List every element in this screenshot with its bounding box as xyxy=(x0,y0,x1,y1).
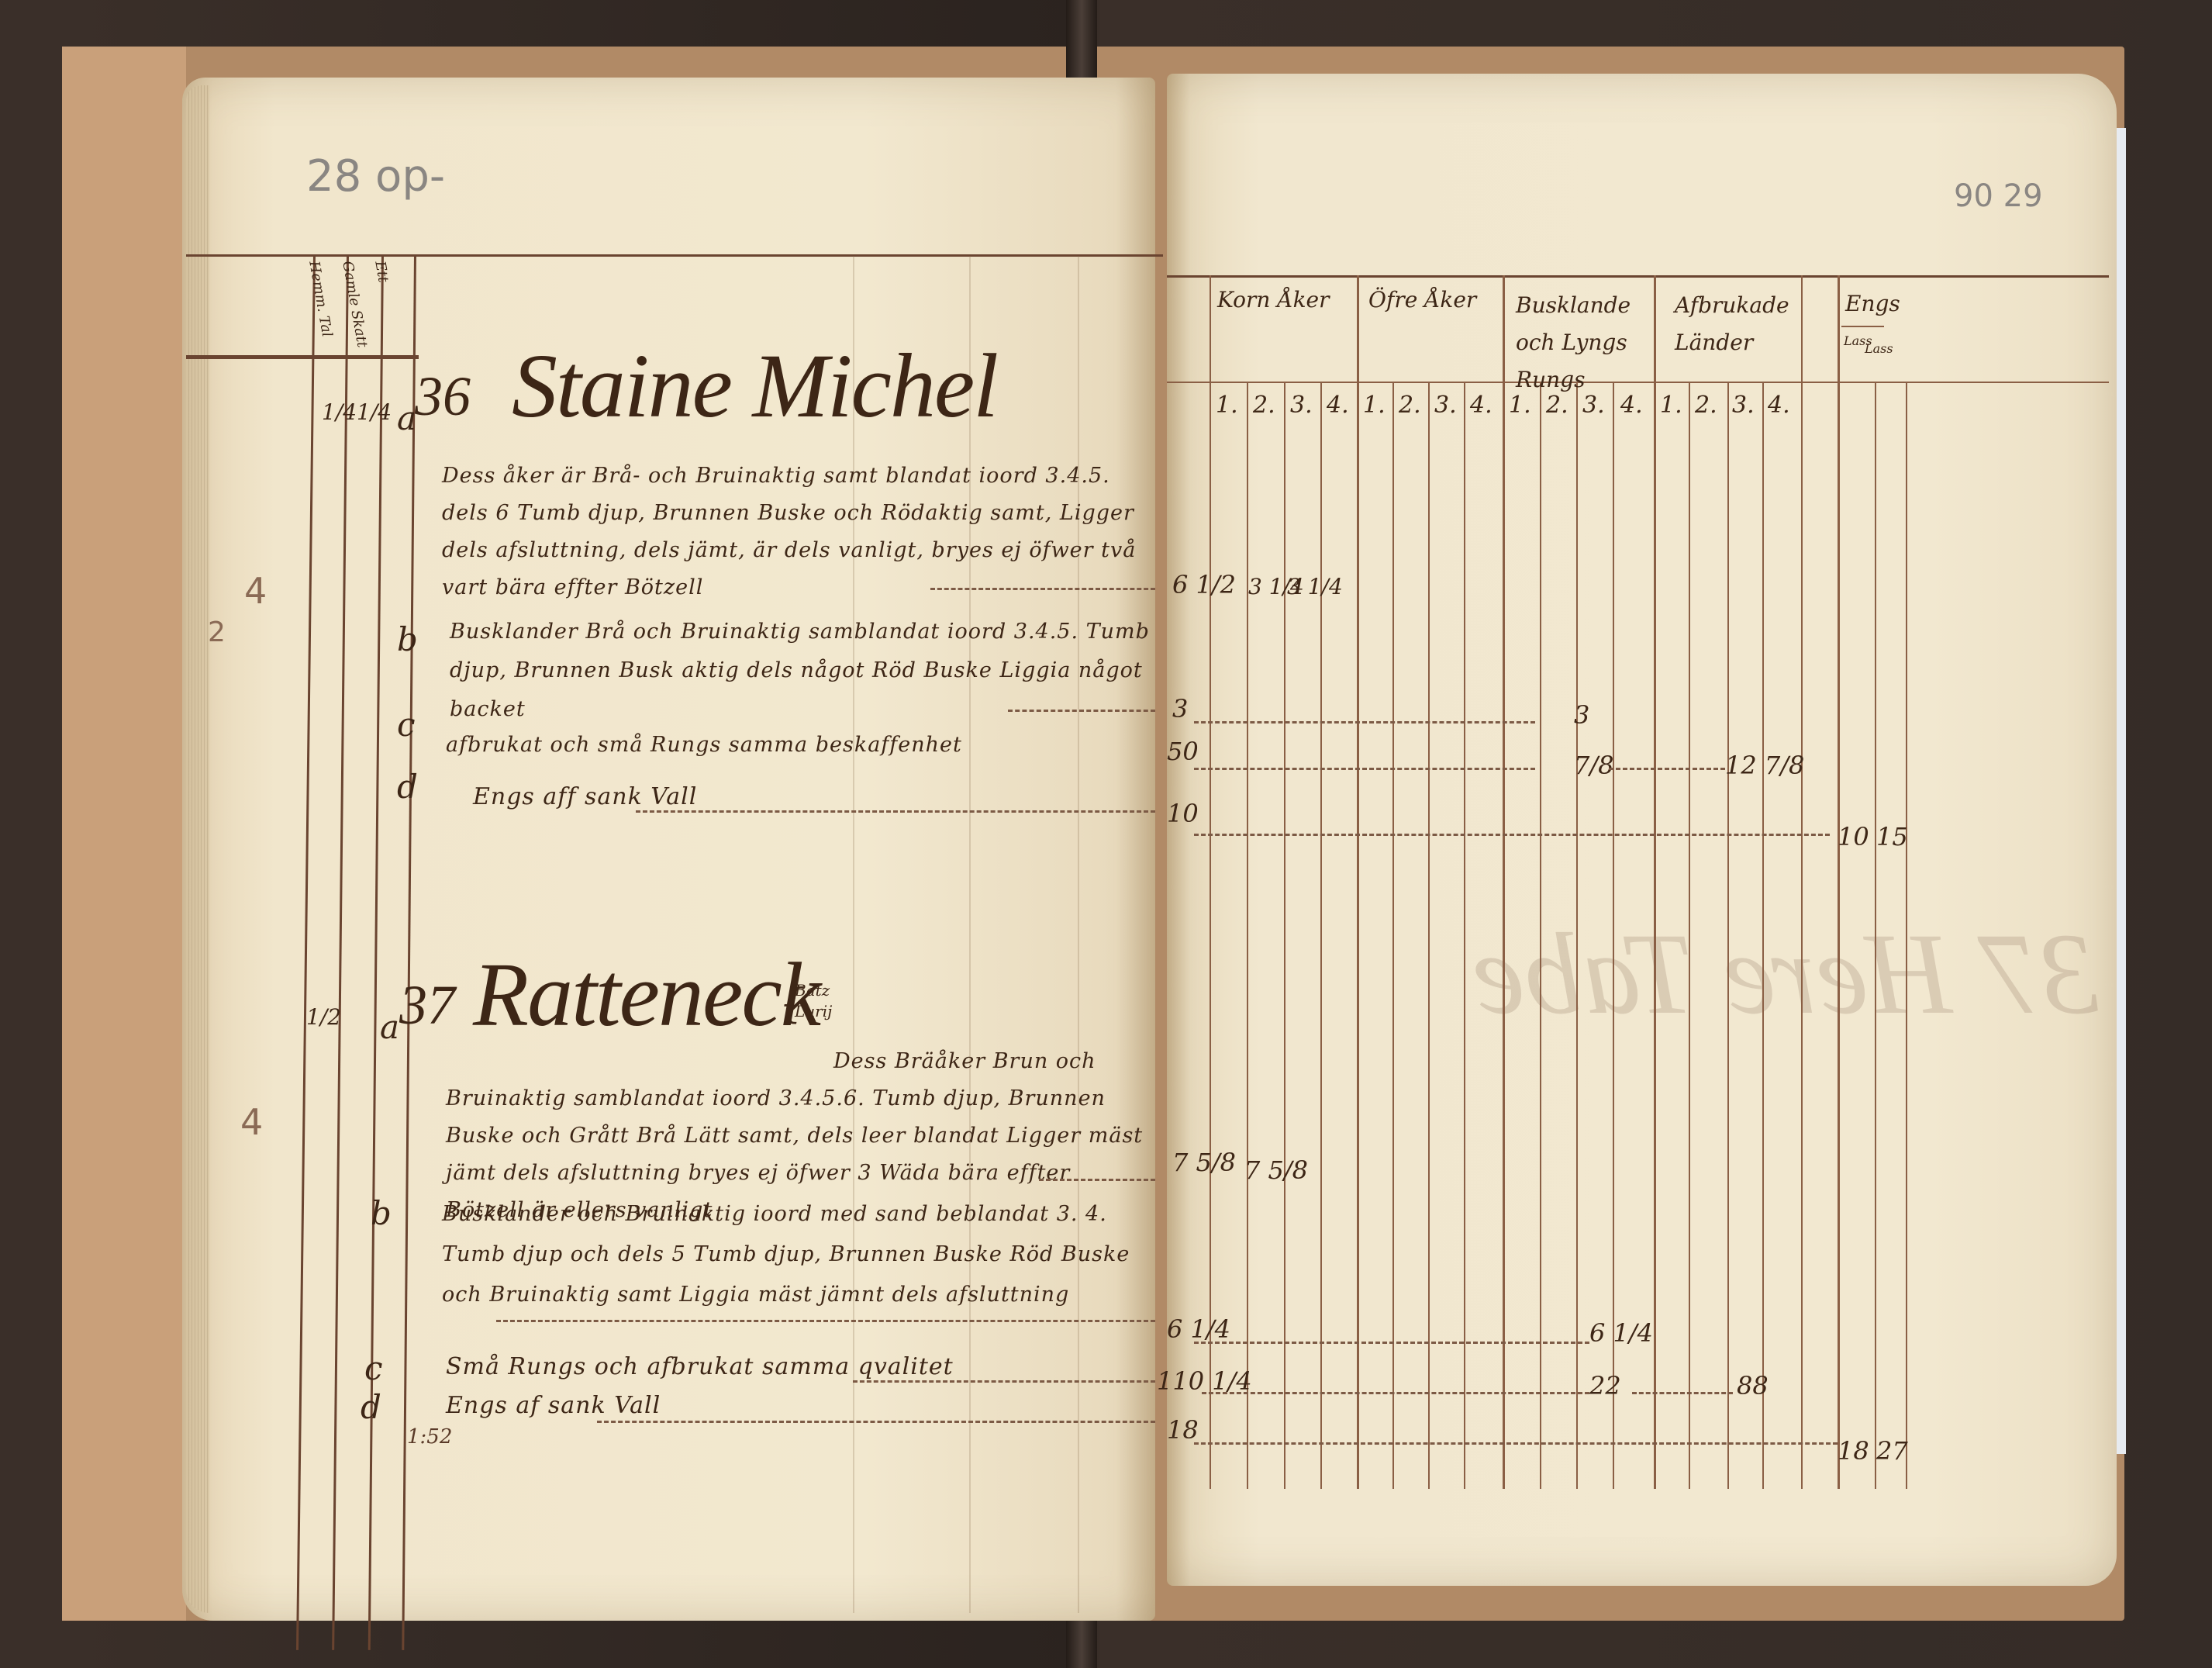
subcol-busk-1: 1. xyxy=(1509,392,1531,419)
ink-blot-mark: 1:52 xyxy=(407,1425,452,1449)
subcol-afbr-2: 2. xyxy=(1695,392,1717,419)
line-letter-a: a xyxy=(397,399,416,437)
column-rule xyxy=(1654,275,1656,1489)
cell-busk-2: 6 1/4 xyxy=(1589,1318,1653,1348)
column-rule xyxy=(1210,275,1211,1489)
cell-busk-2: 22 xyxy=(1589,1371,1621,1400)
row-total: 6 1/2 xyxy=(1172,570,1236,599)
column-rule xyxy=(1503,275,1505,1489)
header-rule-left xyxy=(186,254,1163,257)
book-cover-left-edge xyxy=(62,47,186,1621)
subcol-korn-3: 3. xyxy=(1290,392,1313,419)
dotted-leader xyxy=(1194,768,1535,770)
entry-name-heading: Staine Michel xyxy=(512,333,997,439)
column-rule xyxy=(1689,382,1690,1489)
header-top-rule xyxy=(1167,275,2109,278)
subcol-korn-2: 2. xyxy=(1253,392,1275,419)
cell-engs-2: 15 xyxy=(1876,822,1908,851)
subcol-ofre-3: 3. xyxy=(1434,392,1457,419)
column-rule xyxy=(1540,382,1541,1489)
subcol-busk-4: 4. xyxy=(1620,392,1643,419)
entry-text-line-b: Busklander och Bruinaktig ioord med sand… xyxy=(442,1194,1155,1315)
cell-afbr-3: 12 7/8 xyxy=(1725,751,1804,780)
subcol-korn-4: 4. xyxy=(1327,392,1349,419)
bracket-note: Batz xyxy=(795,981,830,1000)
column-rule xyxy=(1357,275,1359,1489)
column-group-korn-aker: Korn Åker xyxy=(1217,287,1329,313)
margin-fraction: 1/2 xyxy=(306,1004,341,1030)
bracket-note: Lurij xyxy=(795,1002,832,1020)
row-total: 50 xyxy=(1167,737,1199,766)
column-rule xyxy=(1320,382,1322,1489)
cell-engs-1: 10 xyxy=(1838,822,1869,851)
dotted-leader xyxy=(597,1421,1155,1423)
entry-text-line-d: Engs aff sank Vall xyxy=(473,783,697,810)
column-group-ofre-aker: Öfre Åker xyxy=(1368,287,1476,313)
entry-text-line-c: Små Rungs och afbrukat samma qvalitet xyxy=(446,1353,954,1380)
column-rule xyxy=(1464,382,1465,1489)
column-rule xyxy=(1727,382,1729,1489)
cell-engs-1: 18 xyxy=(1838,1436,1869,1466)
subcol-afbr-4: 4. xyxy=(1768,392,1790,419)
dotted-leader xyxy=(1194,1342,1589,1344)
entry-number: 36 xyxy=(415,364,471,429)
line-letter-b: b xyxy=(371,1194,392,1232)
dotted-leader xyxy=(1194,834,1830,836)
engs-sub-lass-2: Lass xyxy=(1865,341,1893,356)
subcol-afbr-1: 1. xyxy=(1660,392,1682,419)
line-letter-a: a xyxy=(380,1008,399,1046)
engs-subrule xyxy=(1841,326,1884,327)
margin-fraction: 1/4 xyxy=(322,399,357,425)
cell-engs-2: 27 xyxy=(1876,1436,1908,1466)
margin-pencil-number: 4 xyxy=(244,570,267,612)
column-rule xyxy=(1875,382,1876,1489)
row-total: 18 xyxy=(1167,1415,1199,1445)
subcol-busk-2: 2. xyxy=(1546,392,1568,419)
column-rule xyxy=(1801,275,1803,1489)
column-rule xyxy=(1284,382,1285,1489)
column-rule xyxy=(1247,382,1248,1489)
margin-pencil-number: 4 xyxy=(240,1101,263,1143)
row-total: 3 xyxy=(1172,694,1188,723)
dotted-leader xyxy=(853,1380,1155,1383)
left-page-stack-edges xyxy=(186,85,209,1613)
subcol-ofre-4: 4. xyxy=(1470,392,1492,419)
dotted-leader xyxy=(930,588,1155,590)
line-letter-d: d xyxy=(397,768,418,806)
subcol-ofre-1: 1. xyxy=(1363,392,1386,419)
dotted-leader xyxy=(496,1320,1155,1322)
column-rule xyxy=(1392,382,1394,1489)
column-group-afbrukade: Afbrukade Länder xyxy=(1675,287,1791,361)
row-total: 7 5/8 xyxy=(1172,1148,1236,1177)
cell-korn-3: 3 1/4 xyxy=(1287,574,1343,599)
dotted-leader xyxy=(1202,1392,1589,1394)
dotted-leader xyxy=(1609,768,1725,770)
line-letter-b: b xyxy=(397,620,418,658)
cell-busk-2: 7/8 xyxy=(1574,751,1614,780)
column-header-ett: Ett xyxy=(371,260,391,284)
dotted-leader xyxy=(1632,1392,1733,1394)
margin-pencil-number: 2 xyxy=(208,616,226,648)
dotted-leader xyxy=(1039,1179,1155,1181)
line-letter-c: c xyxy=(397,706,416,744)
row-total: 10 xyxy=(1167,799,1199,828)
pencil-page-note-right: 90 29 xyxy=(1954,178,2043,214)
heading-underline-rule xyxy=(186,355,419,359)
dotted-leader xyxy=(1194,1442,1838,1445)
column-rule xyxy=(1428,382,1430,1489)
entry-text-line-a: Dess åker är Brå- och Bruinaktig samt bl… xyxy=(442,458,1155,606)
subcol-ofre-2: 2. xyxy=(1399,392,1421,419)
column-rule xyxy=(1906,382,1907,1489)
bleed-through-text: 37 Here Tabe xyxy=(1473,907,2098,1041)
column-rule xyxy=(1576,382,1578,1489)
column-rule xyxy=(1838,275,1840,1489)
entry-name-heading: Ratteneck xyxy=(473,942,820,1048)
cell-busk-2: 3 xyxy=(1574,700,1589,730)
subcol-afbr-3: 3. xyxy=(1732,392,1755,419)
subcol-busk-3: 3. xyxy=(1582,392,1605,419)
entry-number: 37 xyxy=(399,973,455,1038)
entry-text-line-c: afbrukat och små Rungs samma beskaffenhe… xyxy=(446,733,962,757)
margin-fraction: 1/4 xyxy=(357,399,392,425)
column-group-busklande: Busklande och Lyngs Rungs xyxy=(1516,287,1671,399)
cell-korn-2: 7 5/8 xyxy=(1244,1155,1308,1185)
column-rule xyxy=(1762,382,1764,1489)
subcol-korn-1: 1. xyxy=(1216,392,1238,419)
entry-text-line-d: Engs af sank Vall xyxy=(446,1392,661,1419)
dotted-leader xyxy=(1008,710,1155,712)
column-group-engs: Engs xyxy=(1845,291,1900,316)
dotted-leader xyxy=(636,810,1155,813)
line-letter-d: d xyxy=(361,1388,381,1426)
dotted-leader xyxy=(1194,721,1535,723)
row-total: 6 1/4 xyxy=(1167,1314,1230,1344)
cell-afbr-3: 88 xyxy=(1737,1371,1769,1400)
line-letter-c: c xyxy=(364,1349,383,1387)
pencil-page-note-left: 28 op- xyxy=(306,151,445,202)
